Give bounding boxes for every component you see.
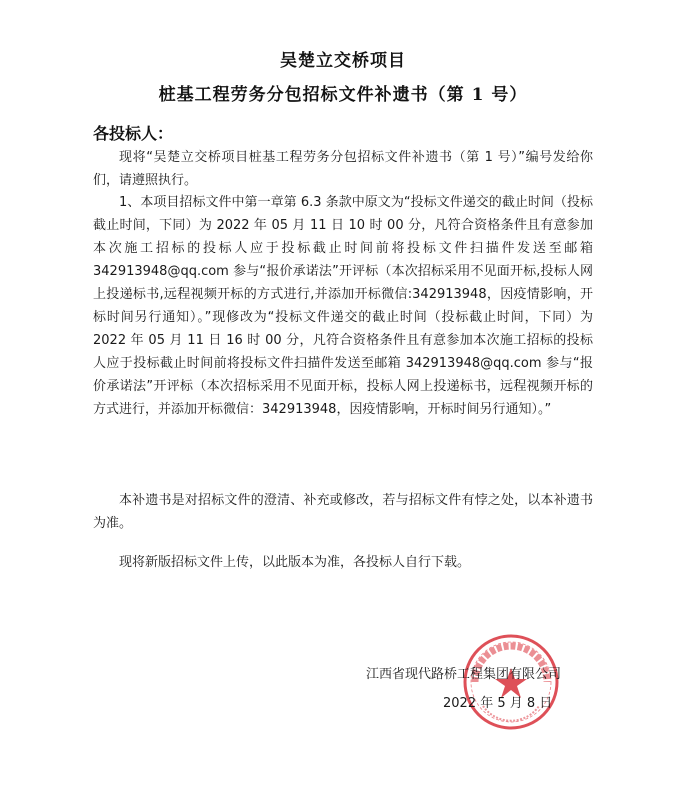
official-seal-icon [461, 632, 561, 732]
document-subtitle: 桩基工程劳务分包招标文件补遗书（第 1 号） [0, 80, 686, 105]
signature-date: 2022 年 5 月 8 日 [443, 692, 552, 711]
signature-company: 江西省现代路桥工程集团有限公司 [366, 663, 561, 682]
document-page: 吴楚立交桥项目 桩基工程劳务分包招标文件补遗书（第 1 号） 各投标人： 现将“… [0, 0, 686, 786]
paragraph-item-1: 1、本项目招标文件中第一章第 6.3 条款中原文为“投标文件递交的截止时间（投标… [93, 191, 593, 421]
paragraph-intro: 现将“吴楚立交桥项目桩基工程劳务分包招标文件补遗书（第 1 号）”编号发给你们，… [93, 146, 593, 192]
paragraph-upload: 现将新版招标文件上传，以此版本为准，各投标人自行下载。 [93, 551, 593, 574]
paragraph-note: 本补遗书是对招标文件的澄清、补充或修改，若与招标文件有悖之处，以本补遗书为准。 [93, 489, 593, 535]
document-title: 吴楚立交桥项目 [0, 46, 686, 71]
salutation: 各投标人： [93, 121, 173, 144]
